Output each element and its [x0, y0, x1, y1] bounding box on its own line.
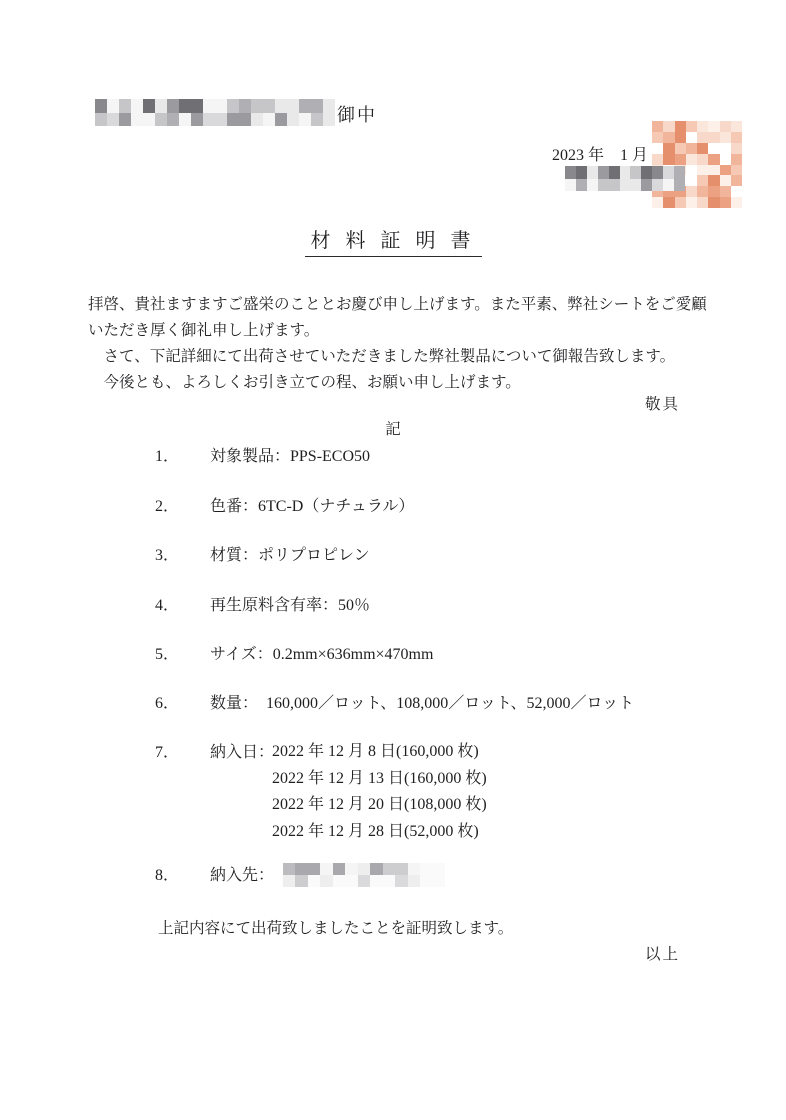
item-number: 5． — [155, 641, 179, 664]
delivery-date: 2022 年 12 月 13 日(160,000 枚) — [272, 766, 487, 793]
item-number: 8． — [155, 862, 179, 885]
item-label: 納入先： — [210, 862, 274, 885]
list-item-color-number: 2． 色番：6TC-D（ナチュラル） — [0, 493, 786, 519]
item-number: 4． — [155, 592, 179, 615]
list-item-material: 3． 材質：ポリプロピレン — [0, 542, 786, 568]
greeting-line: さて、下記詳細にて出荷させていただきました弊社製品について御報告致します。 — [88, 344, 720, 370]
greeting-line: 拝啓、貴社ますますご盛栄のこととお慶び申し上げます。また平素、弊社シートをご愛顧 — [88, 292, 720, 318]
item-text: 材質：ポリプロピレン — [210, 542, 370, 565]
recipient-honorific: 御中 — [337, 101, 377, 127]
item-number: 6． — [155, 690, 179, 713]
delivery-date: 2022 年 12 月 28 日(52,000 枚) — [272, 819, 487, 846]
greeting-line: いただき厚く御礼申し上げます。 — [88, 318, 720, 344]
greeting-line: 今後とも、よろしくお引き立ての程、お願い申し上げます。 — [88, 370, 720, 396]
issue-date: 2023 年 1 月 — [552, 142, 648, 165]
item-number: 2． — [155, 493, 179, 516]
redacted-recipient-name — [95, 99, 335, 126]
company-seal-stamp — [652, 121, 742, 208]
item-text: 対象製品：PPS-ECO50 — [210, 443, 370, 466]
item-number: 1． — [155, 443, 179, 466]
delivery-date: 2022 年 12 月 8 日(160,000 枚) — [272, 739, 487, 766]
item-text: 色番：6TC-D（ナチュラル） — [210, 493, 414, 516]
material-certificate-document: 御中 2023 年 1 月 材 料 証 明 書 拝啓、貴社ますますご盛栄のことと… — [0, 0, 786, 1120]
page-title: 材 料 証 明 書 — [305, 224, 482, 257]
item-number: 3． — [155, 542, 179, 565]
closing-word: 敬具 — [645, 392, 680, 414]
delivery-date-lines: 2022 年 12 月 8 日(160,000 枚) 2022 年 12 月 1… — [272, 739, 487, 845]
list-item-delivery-dates: 7． 納入日： 2022 年 12 月 8 日(160,000 枚) 2022 … — [0, 739, 786, 849]
item-number: 7． — [155, 739, 179, 762]
certification-statement: 上記内容にて出荷致しましたことを証明致します。 — [158, 916, 513, 938]
end-marker: 以上 — [645, 942, 680, 964]
item-text: サイズ：0.2mm×636mm×470mm — [210, 641, 433, 664]
delivery-date: 2022 年 12 月 20 日(108,000 枚) — [272, 792, 487, 819]
item-label: 納入日： — [210, 739, 274, 762]
list-item-product: 1． 対象製品：PPS-ECO50 — [0, 443, 786, 469]
list-item-recycled-content: 4． 再生原料含有率：50％ — [0, 592, 786, 618]
list-item-quantity: 6． 数量： 160,000／ロット、108,000／ロット、52,000／ロッ… — [0, 690, 786, 716]
item-text: 再生原料含有率：50％ — [210, 592, 370, 615]
record-marker: 記 — [0, 417, 786, 439]
list-item-size: 5． サイズ：0.2mm×636mm×470mm — [0, 641, 786, 667]
redacted-delivery-destination — [283, 863, 445, 887]
redacted-sender-name — [565, 166, 685, 191]
page-title-wrap: 材 料 証 明 書 — [0, 224, 786, 257]
item-text: 数量： 160,000／ロット、108,000／ロット、52,000／ロット — [210, 690, 634, 713]
greeting-paragraph: 拝啓、貴社ますますご盛栄のこととお慶び申し上げます。また平素、弊社シートをご愛顧… — [88, 292, 720, 396]
